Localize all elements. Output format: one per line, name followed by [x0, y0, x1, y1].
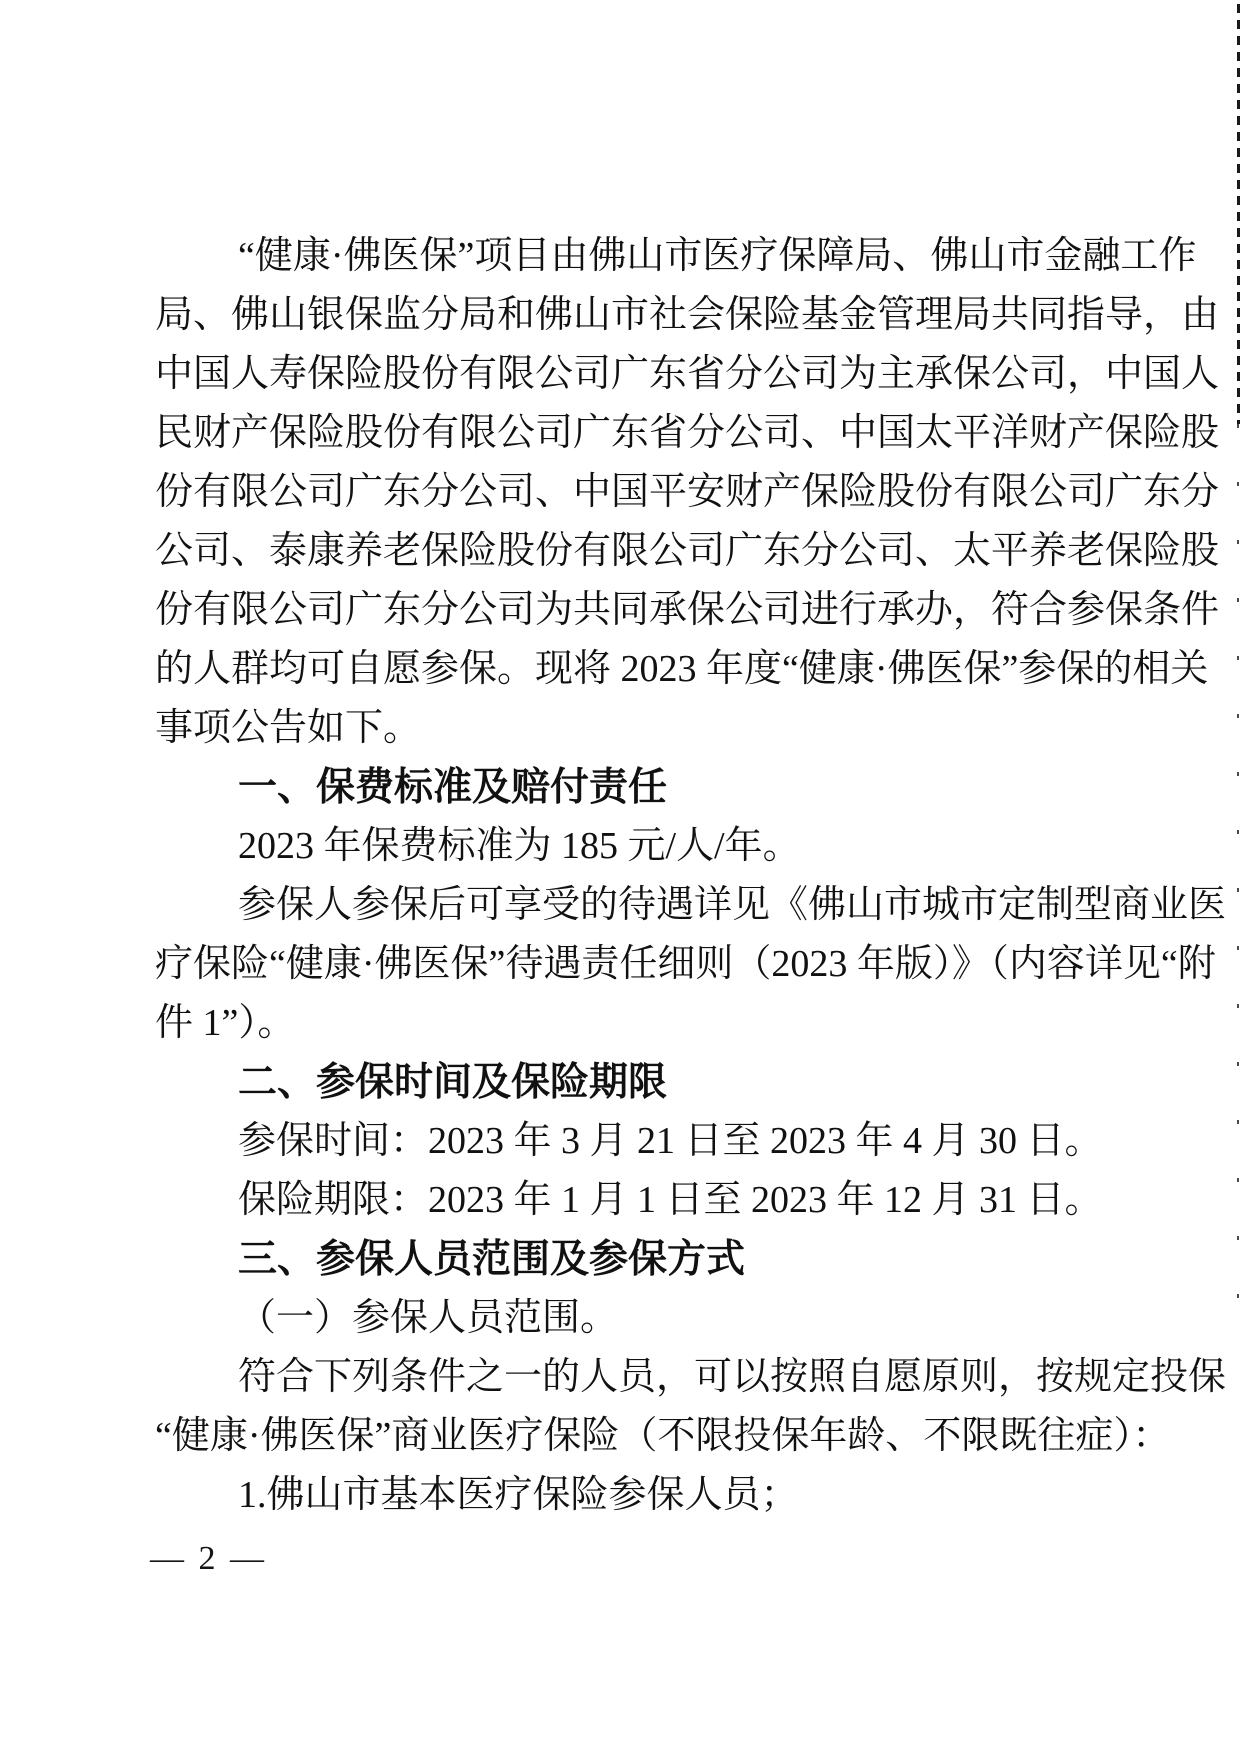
- scan-artifact-right-edge-sparse: [1237, 424, 1239, 1304]
- body-line: 民财产保险股份有限公司广东省分公司、中国太平洋财产保险股: [155, 404, 1085, 463]
- body-line: 公司、泰康养老保险股份有限公司广东分公司、太平养老保险股: [155, 522, 1085, 581]
- body-line: 事项公告如下。: [155, 699, 1085, 758]
- body-line: 保险期限：2023 年 1 月 1 日至 2023 年 12 月 31 日。: [155, 1171, 1085, 1230]
- scan-artifact-right-edge-dense: [1237, 4, 1240, 424]
- body-line: 参保时间：2023 年 3 月 21 日至 2023 年 4 月 30 日。: [155, 1112, 1085, 1171]
- section-heading-2: 二、参保时间及保险期限: [155, 1053, 1085, 1112]
- body-line: 的人群均可自愿参保。现将 2023 年度“健康·佛医保”参保的相关: [155, 640, 1085, 699]
- body-line: 局、佛山银保监分局和佛山市社会保险基金管理局共同指导，由: [155, 286, 1085, 345]
- document-body: “健康·佛医保”项目由佛山市医疗保障局、佛山市金融工作 局、佛山银保监分局和佛山…: [155, 227, 1085, 1525]
- body-line: 2023 年保费标准为 185 元/人/年。: [155, 817, 1085, 876]
- body-line: 中国人寿保险股份有限公司广东省分公司为主承保公司，中国人: [155, 345, 1085, 404]
- body-line: 份有限公司广东分公司、中国平安财产保险股份有限公司广东分: [155, 463, 1085, 522]
- body-line: 份有限公司广东分公司为共同承保公司进行承办，符合参保条件: [155, 581, 1085, 640]
- section-heading-3: 三、参保人员范围及参保方式: [155, 1230, 1085, 1289]
- body-line: 件 1”）。: [155, 994, 1085, 1053]
- section-heading-1: 一、保费标准及赔付责任: [155, 758, 1085, 817]
- body-line: “健康·佛医保”商业医疗保险（不限投保年龄、不限既往症）：: [155, 1407, 1085, 1466]
- body-line: 符合下列条件之一的人员，可以按照自愿原则，按规定投保: [155, 1348, 1085, 1407]
- body-line: 1.佛山市基本医疗保险参保人员；: [155, 1466, 1085, 1525]
- page-number: — 2 —: [150, 1540, 267, 1578]
- body-line: “健康·佛医保”项目由佛山市医疗保障局、佛山市金融工作: [155, 227, 1085, 286]
- body-line: （一）参保人员范围。: [155, 1289, 1085, 1348]
- document-page: “健康·佛医保”项目由佛山市医疗保障局、佛山市金融工作 局、佛山银保监分局和佛山…: [0, 0, 1242, 1754]
- body-line: 参保人参保后可享受的待遇详见《佛山市城市定制型商业医: [155, 876, 1085, 935]
- body-line: 疗保险“健康·佛医保”待遇责任细则（2023 年版）》（内容详见“附: [155, 935, 1085, 994]
